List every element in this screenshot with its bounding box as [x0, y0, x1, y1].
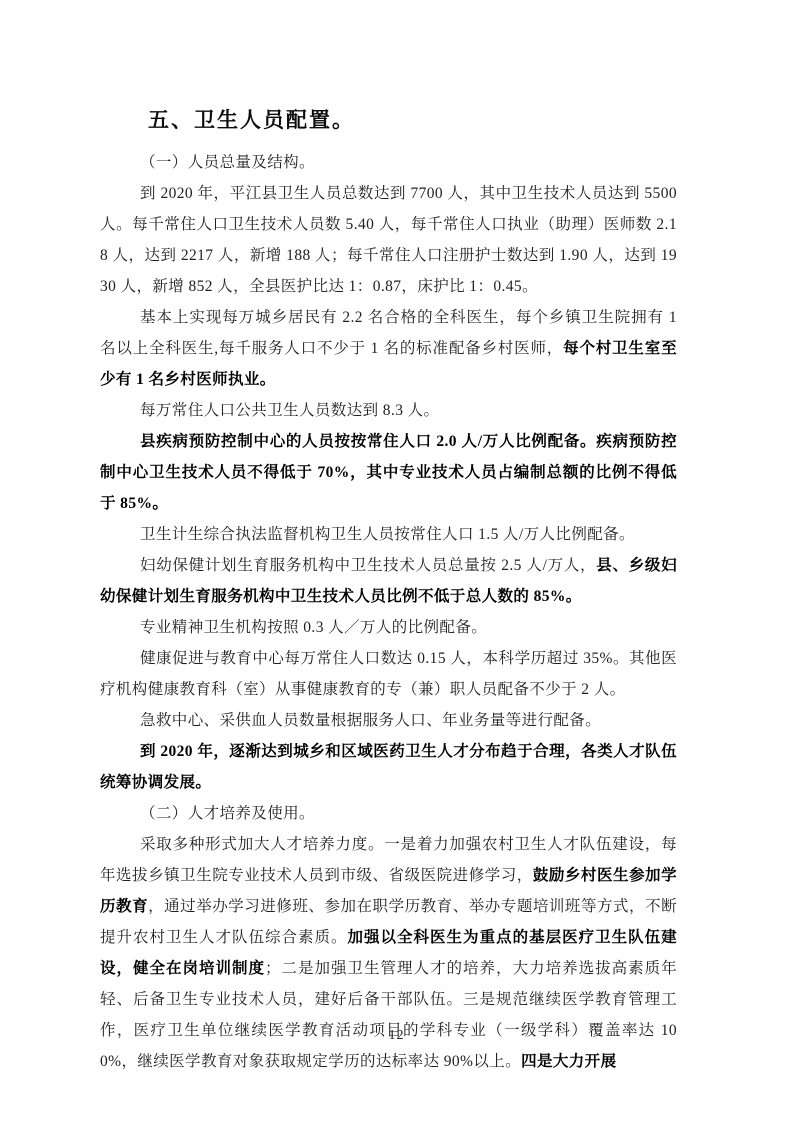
paragraph: 到 2020 年，平江县卫生人员总数达到 7700 人，其中卫生技术人员达到 5… — [100, 178, 677, 302]
text-run: 健康促进与教育中心每万常住人口数达 0.15 人，本科学历超过 35%。其他医疗… — [100, 650, 677, 698]
paragraph: （二）人才培养及使用。 — [100, 798, 677, 829]
paragraph: 健康促进与教育中心每万常住人口数达 0.15 人，本科学历超过 35%。其他医疗… — [100, 643, 677, 705]
paragraph: 每万常住人口公共卫生人员数达到 8.3 人。 — [100, 395, 677, 426]
text-run-bold: 到 2020 年，逐渐达到城乡和区域医药卫生人才分布趋于合理，各类人才队伍统筹协… — [100, 743, 677, 791]
paragraph: 到 2020 年，逐渐达到城乡和区域医药卫生人才分布趋于合理，各类人才队伍统筹协… — [100, 736, 677, 798]
document-page: 五、卫生人员配置。 （一）人员总量及结构。到 2020 年，平江县卫生人员总数达… — [0, 0, 793, 1122]
text-run: 妇幼保健计划生育服务机构中卫生技术人员总量按 2.5 人/万人， — [140, 557, 596, 574]
paragraph: 急救中心、采供血人员数量根据服务人口、年业务量等进行配备。 — [100, 705, 677, 736]
paragraph: （一）人员总量及结构。 — [100, 147, 677, 178]
text-run: 专业精神卫生机构按照 0.3 人／万人的比例配备。 — [140, 619, 487, 636]
page-number: 12 — [389, 1028, 405, 1043]
text-run: 每万常住人口公共卫生人员数达到 8.3 人。 — [140, 402, 439, 419]
paragraph: 县疾病预防控制中心的人员按按常住人口 2.0 人/万人比例配备。疾病预防控制中心… — [100, 426, 677, 519]
text-run-bold: 县疾病预防控制中心的人员按按常住人口 2.0 人/万人比例配备。疾病预防控制中心… — [100, 433, 677, 512]
text-run: 急救中心、采供血人员数量根据服务人口、年业务量等进行配备。 — [140, 712, 601, 729]
section-heading: 五、卫生人员配置。 — [100, 105, 677, 136]
page-footer: 12 — [0, 1026, 793, 1044]
paragraph: 妇幼保健计划生育服务机构中卫生技术人员总量按 2.5 人/万人，县、乡级妇幼保健… — [100, 550, 677, 612]
paragraph: 专业精神卫生机构按照 0.3 人／万人的比例配备。 — [100, 612, 677, 643]
paragraph: 基本上实现每万城乡居民有 2.2 名合格的全科医生，每个乡镇卫生院拥有 1 名以… — [100, 302, 677, 395]
text-run: （二）人才培养及使用。 — [140, 805, 315, 822]
document-content: 五、卫生人员配置。 （一）人员总量及结构。到 2020 年，平江县卫生人员总数达… — [100, 105, 677, 1077]
text-run: 到 2020 年，平江县卫生人员总数达到 7700 人，其中卫生技术人员达到 5… — [100, 185, 677, 295]
text-run-bold: 四是大力开展 — [521, 1053, 616, 1070]
document-body: （一）人员总量及结构。到 2020 年，平江县卫生人员总数达到 7700 人，其… — [100, 147, 677, 1077]
paragraph: 卫生计生综合执法监督机构卫生人员按常住人口 1.5 人/万人比例配备。 — [100, 519, 677, 550]
text-run: 卫生计生综合执法监督机构卫生人员按常住人口 1.5 人/万人比例配备。 — [140, 526, 635, 543]
text-run: （一）人员总量及结构。 — [140, 154, 315, 171]
